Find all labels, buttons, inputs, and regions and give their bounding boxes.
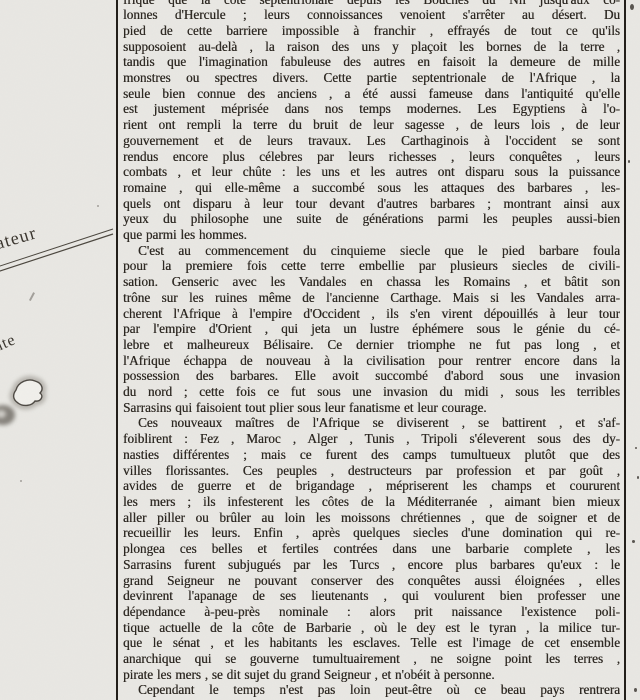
paragraph: frique que la côte septentrionale depuis… bbox=[123, 0, 620, 243]
equator-double-line bbox=[0, 210, 116, 290]
stray-pen-mark bbox=[29, 292, 35, 301]
text-line: tique actuelle de la côte de Barbarie , … bbox=[123, 620, 620, 636]
text-line: monstres ou spectres divers. Cette parti… bbox=[123, 70, 620, 86]
text-line: gouvernement et de leurs travaux. Les Ca… bbox=[123, 133, 620, 149]
text-line: lebre et malheureux Bélisaire. Ce dernie… bbox=[123, 337, 620, 353]
paragraph: C'est au commencement du cinquieme siecl… bbox=[123, 243, 620, 416]
paper-speck bbox=[97, 205, 99, 207]
text-line: villes florissantes. Ces peuples , destr… bbox=[123, 463, 620, 479]
text-line: l'Afrique échappa de nouveau à la civili… bbox=[123, 353, 620, 369]
paragraph: Cependant le temps n'est pas loin peut-ê… bbox=[123, 682, 620, 698]
text-column: frique que la côte septentrionale depuis… bbox=[123, 0, 620, 700]
map-coast-smudge bbox=[0, 398, 26, 434]
left-column-rule bbox=[116, 0, 118, 700]
text-line: supposoient au-delà , la raison des uns … bbox=[123, 39, 620, 55]
scan-speck bbox=[628, 160, 630, 163]
text-line: pour la premiere fois cette terre embell… bbox=[123, 258, 620, 274]
text-line: nasties différentes ; mais ce furent des… bbox=[123, 447, 620, 463]
text-line: devinrent l'apanage de ses lieutenants ,… bbox=[123, 588, 620, 604]
text-line: romaine , qui elle-même a succombé sous … bbox=[123, 180, 620, 196]
map-label-coast-fragment: nte bbox=[0, 331, 19, 356]
text-line: aller piller ou brûler au loin les moiss… bbox=[123, 510, 620, 526]
text-line: pied de cette barriere impossible à fran… bbox=[123, 23, 620, 39]
facing-map-margin: ateur nte bbox=[0, 0, 116, 700]
text-line: foiblirent : Fez , Maroc , Alger , Tunis… bbox=[123, 431, 620, 447]
scan-speck bbox=[637, 476, 639, 479]
scan-speck bbox=[634, 688, 637, 692]
text-line: frique que la côte septentrionale depuis… bbox=[123, 0, 620, 7]
text-line: que le sénat , et les habitants les escl… bbox=[123, 635, 620, 651]
text-line: Sarrasins furent subjugués par les Turcs… bbox=[123, 557, 620, 573]
text-line: rient ont rempli la terre du bruit de le… bbox=[123, 117, 620, 133]
text-line: combats , et leur chûte : les uns et les… bbox=[123, 164, 620, 180]
paragraph: Ces nouveaux maîtres de l'Afrique se div… bbox=[123, 415, 620, 682]
text-line: recueillir les leurs. Enfin , après quel… bbox=[123, 525, 620, 541]
scan-speck bbox=[632, 540, 635, 543]
scanned-page: ateur nte frique que la côte septentrion… bbox=[0, 0, 640, 700]
text-line: possession des barbares. Elle avoit succ… bbox=[123, 368, 620, 384]
text-line: yeux du philosophe une suite de générati… bbox=[123, 211, 620, 227]
text-line: est justement méprisée dans nos temps mo… bbox=[123, 101, 620, 117]
text-line: que parmi les hommes. bbox=[123, 227, 620, 243]
text-line: Ces nouveaux maîtres de l'Afrique se div… bbox=[123, 415, 620, 431]
text-line: grand Seigneur ne pouvant conserver des … bbox=[123, 573, 620, 589]
text-line: tandis que l'imagination fabuleuse des a… bbox=[123, 54, 620, 70]
text-line: rendus encore plus célebres par leurs ri… bbox=[123, 149, 620, 165]
text-line: Sarrasins qui faisoient tout plier sous … bbox=[123, 400, 620, 416]
text-line: sation. Genseric avec les Vandales en ch… bbox=[123, 274, 620, 290]
text-line: par l'empire d'Orient , qui jeta un lust… bbox=[123, 321, 620, 337]
text-line: avides de guerre et de brigandage , mépr… bbox=[123, 478, 620, 494]
text-line: Cependant le temps n'est pas loin peut-ê… bbox=[123, 682, 620, 698]
scan-speck bbox=[630, 4, 634, 10]
text-line: du nord ; cette fois ce fut sous une inv… bbox=[123, 384, 620, 400]
text-line: trône sur les ruines même de l'ancienne … bbox=[123, 290, 620, 306]
text-line: dépendance à-peu-près nominale : alors p… bbox=[123, 604, 620, 620]
text-line: les mers ; ils infesterent les côtes de … bbox=[123, 494, 620, 510]
text-line: cherent l'Afrique à l'empire d'Occident … bbox=[123, 306, 620, 322]
text-line: anarchique qui se gouverne tumultuaireme… bbox=[123, 651, 620, 667]
scan-speck bbox=[635, 447, 637, 449]
text-line: plongea ces belles et fertiles contrées … bbox=[123, 541, 620, 557]
right-column-rule bbox=[624, 0, 626, 700]
text-line: pirate les mers , se dit sujet du grand … bbox=[123, 667, 620, 683]
text-line: C'est au commencement du cinquieme siecl… bbox=[123, 243, 620, 259]
text-line: quels ont disparu à leur tour devant d'a… bbox=[123, 196, 620, 212]
text-line: seule bien connue des anciens , a été au… bbox=[123, 86, 620, 102]
text-line: lonnes d'Hercule ; leurs connoissances v… bbox=[123, 7, 620, 23]
paper-speck bbox=[20, 480, 22, 482]
